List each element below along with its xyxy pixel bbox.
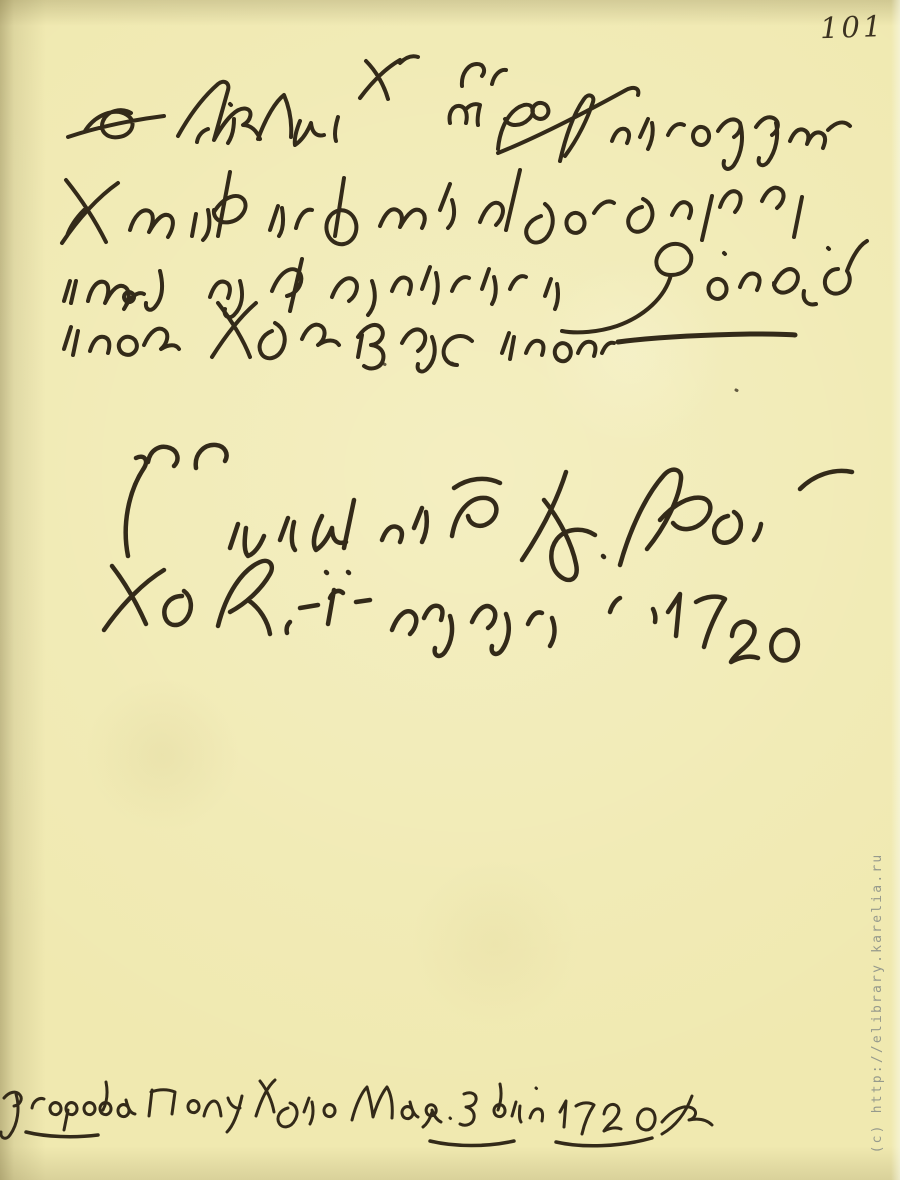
ink-specks (384, 363, 737, 391)
manuscript-page: 101 (0, 0, 900, 1180)
handwriting-ink (1, 56, 867, 1146)
handwriting-line (64, 241, 867, 332)
underline (430, 1138, 652, 1146)
handwriting-line (352, 1084, 543, 1127)
handwritten-year-1720-small (560, 1096, 712, 1134)
handwriting-block-2 (104, 445, 852, 662)
trailing-dash (618, 334, 795, 342)
handwriting-bottom-note (1, 1080, 712, 1146)
watermark-text: (c) http://elibrary.karelia.ru (870, 853, 885, 1154)
handwriting-line (68, 56, 850, 169)
handwriting-line (62, 170, 802, 244)
handwriting-line (126, 445, 852, 580)
handwriting-line (104, 561, 655, 656)
manuscript-scan: (c) http://elibrary.karelia.ru (0, 0, 900, 1180)
underline (26, 1132, 98, 1137)
handwriting-line (1, 1080, 335, 1138)
handwriting-block-1 (62, 56, 867, 390)
handwritten-year-1720 (668, 594, 798, 662)
